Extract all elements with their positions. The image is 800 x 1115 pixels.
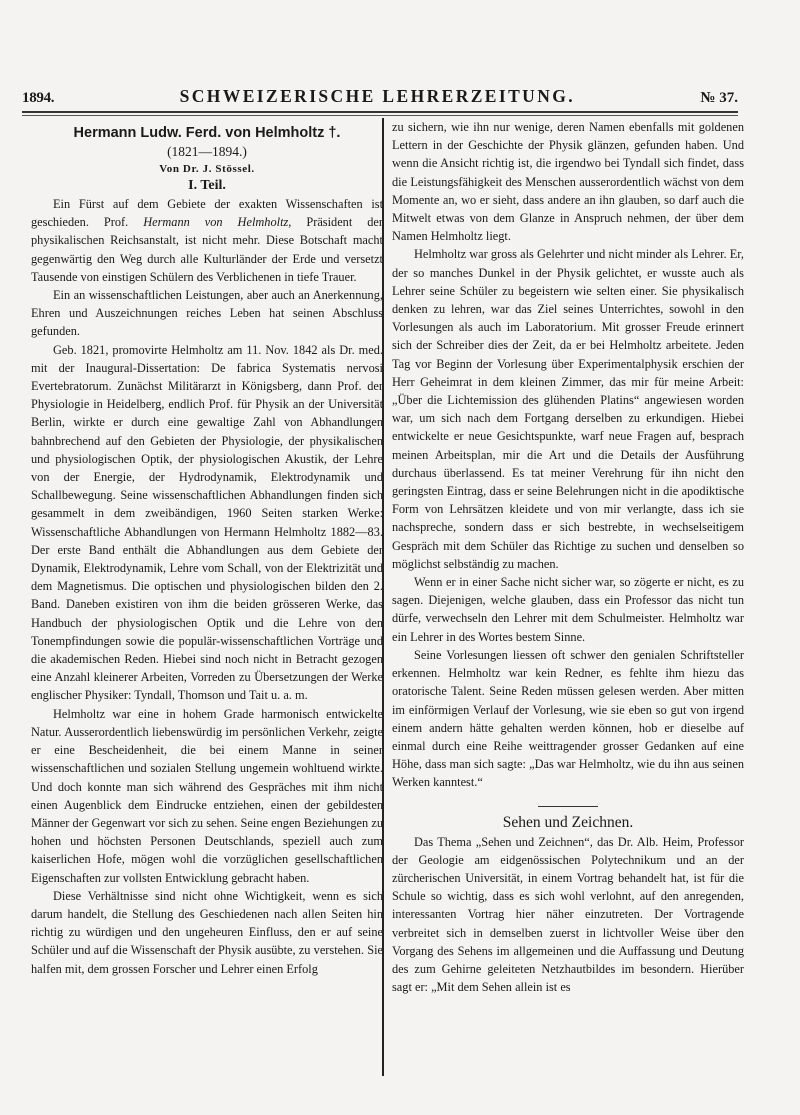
article-part: I. Teil. <box>31 177 383 195</box>
article-author: Von Dr. J. Stössel. <box>31 161 383 177</box>
paragraph: Diese Verhältnisse sind nicht ohne Wicht… <box>31 887 383 978</box>
paragraph-continued: zu sichern, wie ihn nur wenige, deren Na… <box>392 118 744 245</box>
column-divider <box>382 118 384 1076</box>
article-dates: (1821—1894.) <box>31 143 383 161</box>
section-divider <box>538 806 598 807</box>
paragraph: Helmholtz war gross als Gelehrter und ni… <box>392 245 744 573</box>
article-title: Hermann Ludw. Ferd. von Helmholtz †. <box>31 123 383 143</box>
right-column: zu sichern, wie ihn nur wenige, deren Na… <box>392 118 744 996</box>
paragraph: Geb. 1821, promovirte Helmholtz am 11. N… <box>31 341 383 705</box>
paragraph: Wenn er in einer Sache nicht sicher war,… <box>392 573 744 646</box>
paragraph: Das Thema „Sehen und Zeichnen“, das Dr. … <box>392 833 744 997</box>
header-rule-bottom <box>22 115 738 116</box>
paragraph: Ein Fürst auf dem Gebiete der exakten Wi… <box>31 195 383 286</box>
header-publication-title: SCHWEIZERISCHE LEHRERZEITUNG. <box>180 86 575 107</box>
header-issue-number: № 37. <box>700 90 738 107</box>
paragraph: Helmholtz war eine in hohem Grade harmon… <box>31 705 383 887</box>
paragraph: Seine Vorlesungen liessen oft schwer den… <box>392 646 744 792</box>
header-rule-top <box>22 111 738 113</box>
header-year: 1894. <box>22 90 54 107</box>
section-title: Sehen und Zeichnen. <box>392 813 744 833</box>
page-header: 1894. SCHWEIZERISCHE LEHRERZEITUNG. № 37… <box>22 86 738 108</box>
newspaper-page: 1894. SCHWEIZERISCHE LEHRERZEITUNG. № 37… <box>0 0 800 1115</box>
left-column: Hermann Ludw. Ferd. von Helmholtz †. (18… <box>31 118 383 978</box>
emphasized-name: Hermann von Helmholtz, <box>143 215 291 229</box>
paragraph: Ein an wissenschaftlichen Leistungen, ab… <box>31 286 383 341</box>
